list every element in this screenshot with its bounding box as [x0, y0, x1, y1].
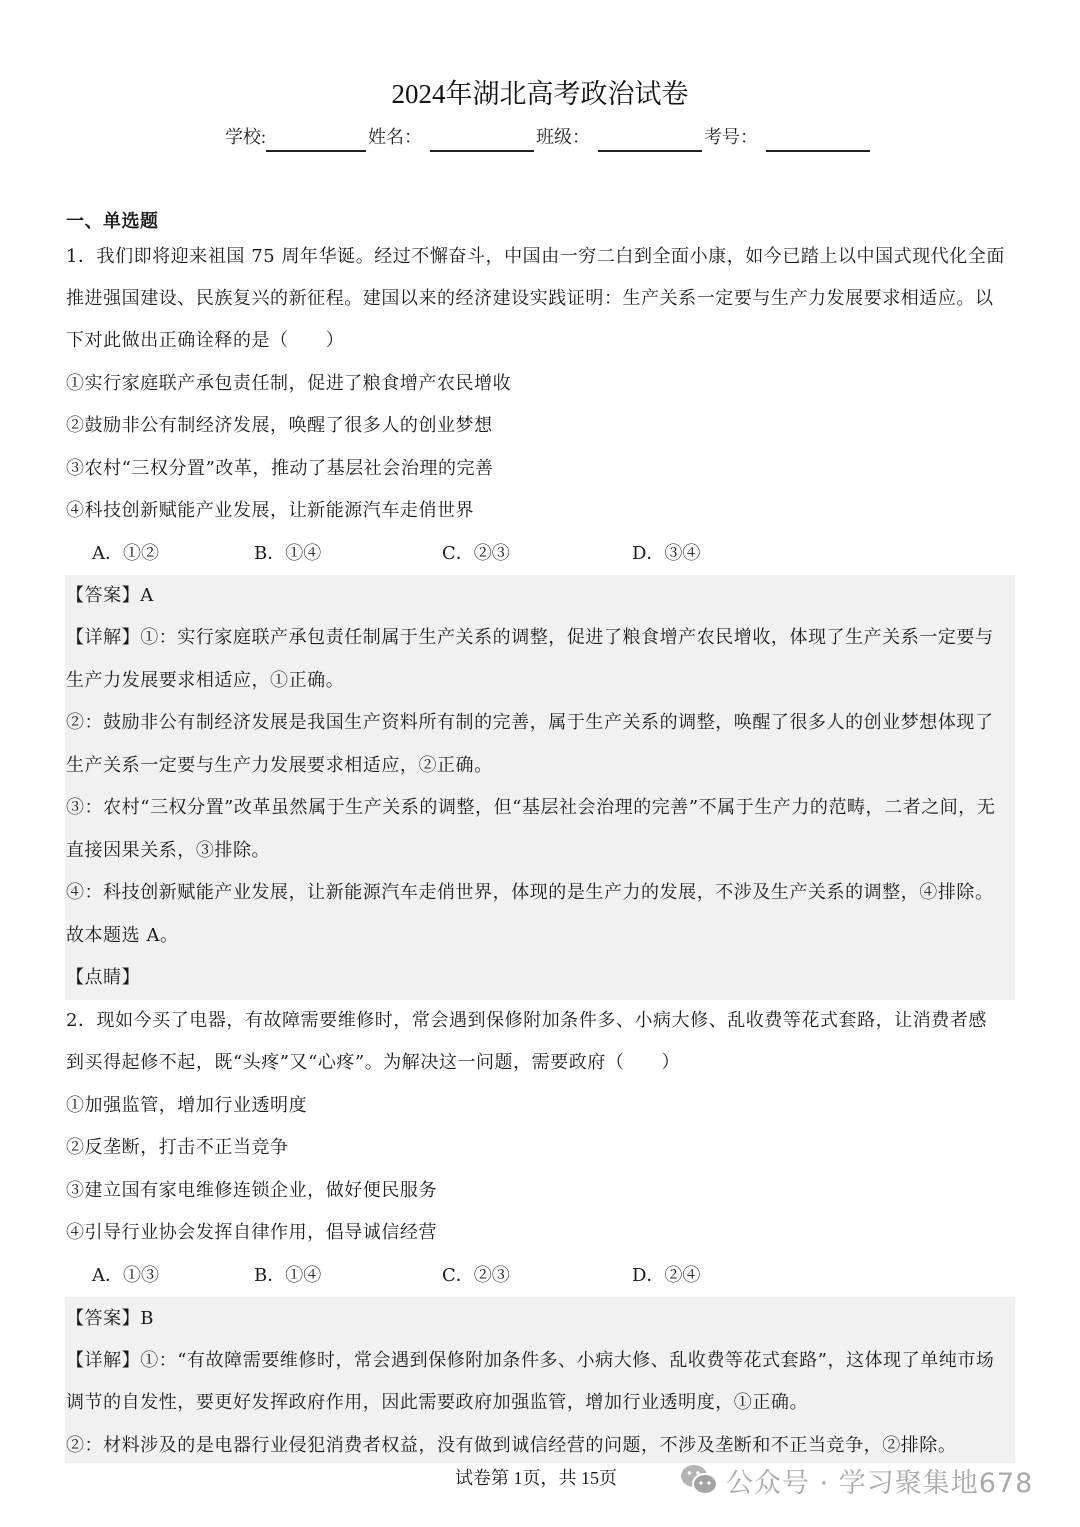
- question-stem-line: 1．我们即将迎来祖国 75 周年华诞。经过不懈奋斗，中国由一穷二白到全面小康，如…: [66, 245, 1005, 269]
- field-name-blank: [430, 128, 534, 152]
- option-a: A．①②: [92, 542, 159, 566]
- question-stem-line: 推进强国建设、民族复兴的新征程。建国以来的经济建设实践证明：生产关系一定要与生产…: [66, 287, 994, 311]
- field-class-label: 班级：: [536, 122, 590, 152]
- statement-item: ①加强监管，增加行业透明度: [66, 1094, 307, 1118]
- analysis-line: ④：科技创新赋能产业发展，让新能源汽车走俏世界，体现的是生产力的发展，不涉及生产…: [66, 881, 994, 905]
- statement-item: ②反垄断，打击不正当竞争: [66, 1136, 289, 1160]
- field-school-blank: [266, 128, 366, 152]
- statement-item: ④科技创新赋能产业发展，让新能源汽车走俏世界: [66, 499, 474, 523]
- analysis-line: ②：材料涉及的是电器行业侵犯消费者权益，没有做到诚信经营的问题，不涉及垄断和不正…: [66, 1434, 956, 1458]
- student-info-fields: 学校: 姓名： 班级： 考号：: [225, 122, 865, 152]
- statement-item: ④引导行业协会发挥自律作用，倡导诚信经营: [66, 1221, 437, 1245]
- question-stem-line: 下对此做出正确诠释的是（ ）: [66, 329, 344, 353]
- watermark: 公众号 · 学习聚集地678: [680, 1460, 1033, 1500]
- field-school-label: 学校:: [225, 122, 266, 152]
- wechat-icon: [680, 1463, 718, 1497]
- analysis-line: 【详解】①：实行家庭联产承包责任制属于生产关系的调整，促进了粮食增产农民增收，体…: [66, 626, 994, 650]
- option-d: D．②④: [632, 1264, 700, 1288]
- question-stem-line: 2．现如今买了电器，有故障需要维修时，常会遇到保修附加条件多、小病大修、乱收费等…: [66, 1009, 987, 1033]
- answer-label: 【答案】B: [66, 1307, 154, 1331]
- field-exam-number-label: 考号：: [704, 122, 758, 152]
- analysis-line: 生产关系一定要与生产力发展要求相适应，②正确。: [66, 754, 493, 778]
- analysis-line: 调节的自发性，要更好发挥政府作用，因此需要政府加强监管，增加行业透明度，①正确。: [66, 1391, 808, 1415]
- section-heading: 一、单选题: [66, 210, 159, 234]
- field-class-blank: [598, 128, 702, 152]
- analysis-line: 【详解】①：“有故障需要维修时，常会遇到保修附加条件多、小病大修、乱收费等花式套…: [66, 1349, 994, 1373]
- question-stem-line: 到买得起修不起，既“头疼”又“心疼”。为解决这一问题，需要政府（ ）: [66, 1051, 680, 1075]
- field-exam-number: 考号：: [704, 122, 872, 152]
- statement-item: ①实行家庭联产承包责任制，促进了粮食增产农民增收: [66, 372, 511, 396]
- analysis-line: 故本题选 A。: [66, 924, 179, 948]
- statement-item: ③建立国有家电维修连锁企业，做好便民服务: [66, 1179, 437, 1203]
- option-d: D．③④: [632, 542, 700, 566]
- analysis-line: ②：鼓励非公有制经济发展是我国生产资料所有制的完善，属于生产关系的调整，唤醒了很…: [66, 711, 994, 735]
- field-school: 学校:: [225, 122, 368, 152]
- option-c: C．②③: [442, 1264, 510, 1288]
- option-b: B．①④: [254, 542, 321, 566]
- answer-label: 【答案】A: [66, 584, 154, 608]
- analysis-line: ③：农村“三权分置”改革虽然属于生产关系的调整，但“基层社会治理的完善”不属于生…: [66, 796, 995, 820]
- field-class: 班级：: [536, 122, 704, 152]
- field-name-label: 姓名：: [368, 122, 422, 152]
- analysis-line: 生产力发展要求相适应，①正确。: [66, 669, 344, 693]
- option-b: B．①④: [254, 1264, 321, 1288]
- statement-item: ③农村“三权分置”改革，推动了基层社会治理的完善: [66, 457, 494, 481]
- watermark-text: 公众号 · 学习聚集地678: [726, 1461, 1033, 1500]
- option-c: C．②③: [442, 542, 510, 566]
- comment-label: 【点睛】: [66, 966, 140, 990]
- statement-item: ②鼓励非公有制经济发展，唤醒了很多人的创业梦想: [66, 414, 493, 438]
- field-exam-number-blank: [766, 128, 870, 152]
- option-a: A．①③: [92, 1264, 159, 1288]
- page-number: 试卷第 1页，共 15页: [455, 1466, 617, 1490]
- field-name: 姓名：: [368, 122, 536, 152]
- analysis-line: 直接因果关系，③排除。: [66, 839, 270, 863]
- document-title: 2024年湖北高考政治试卷: [0, 76, 1080, 112]
